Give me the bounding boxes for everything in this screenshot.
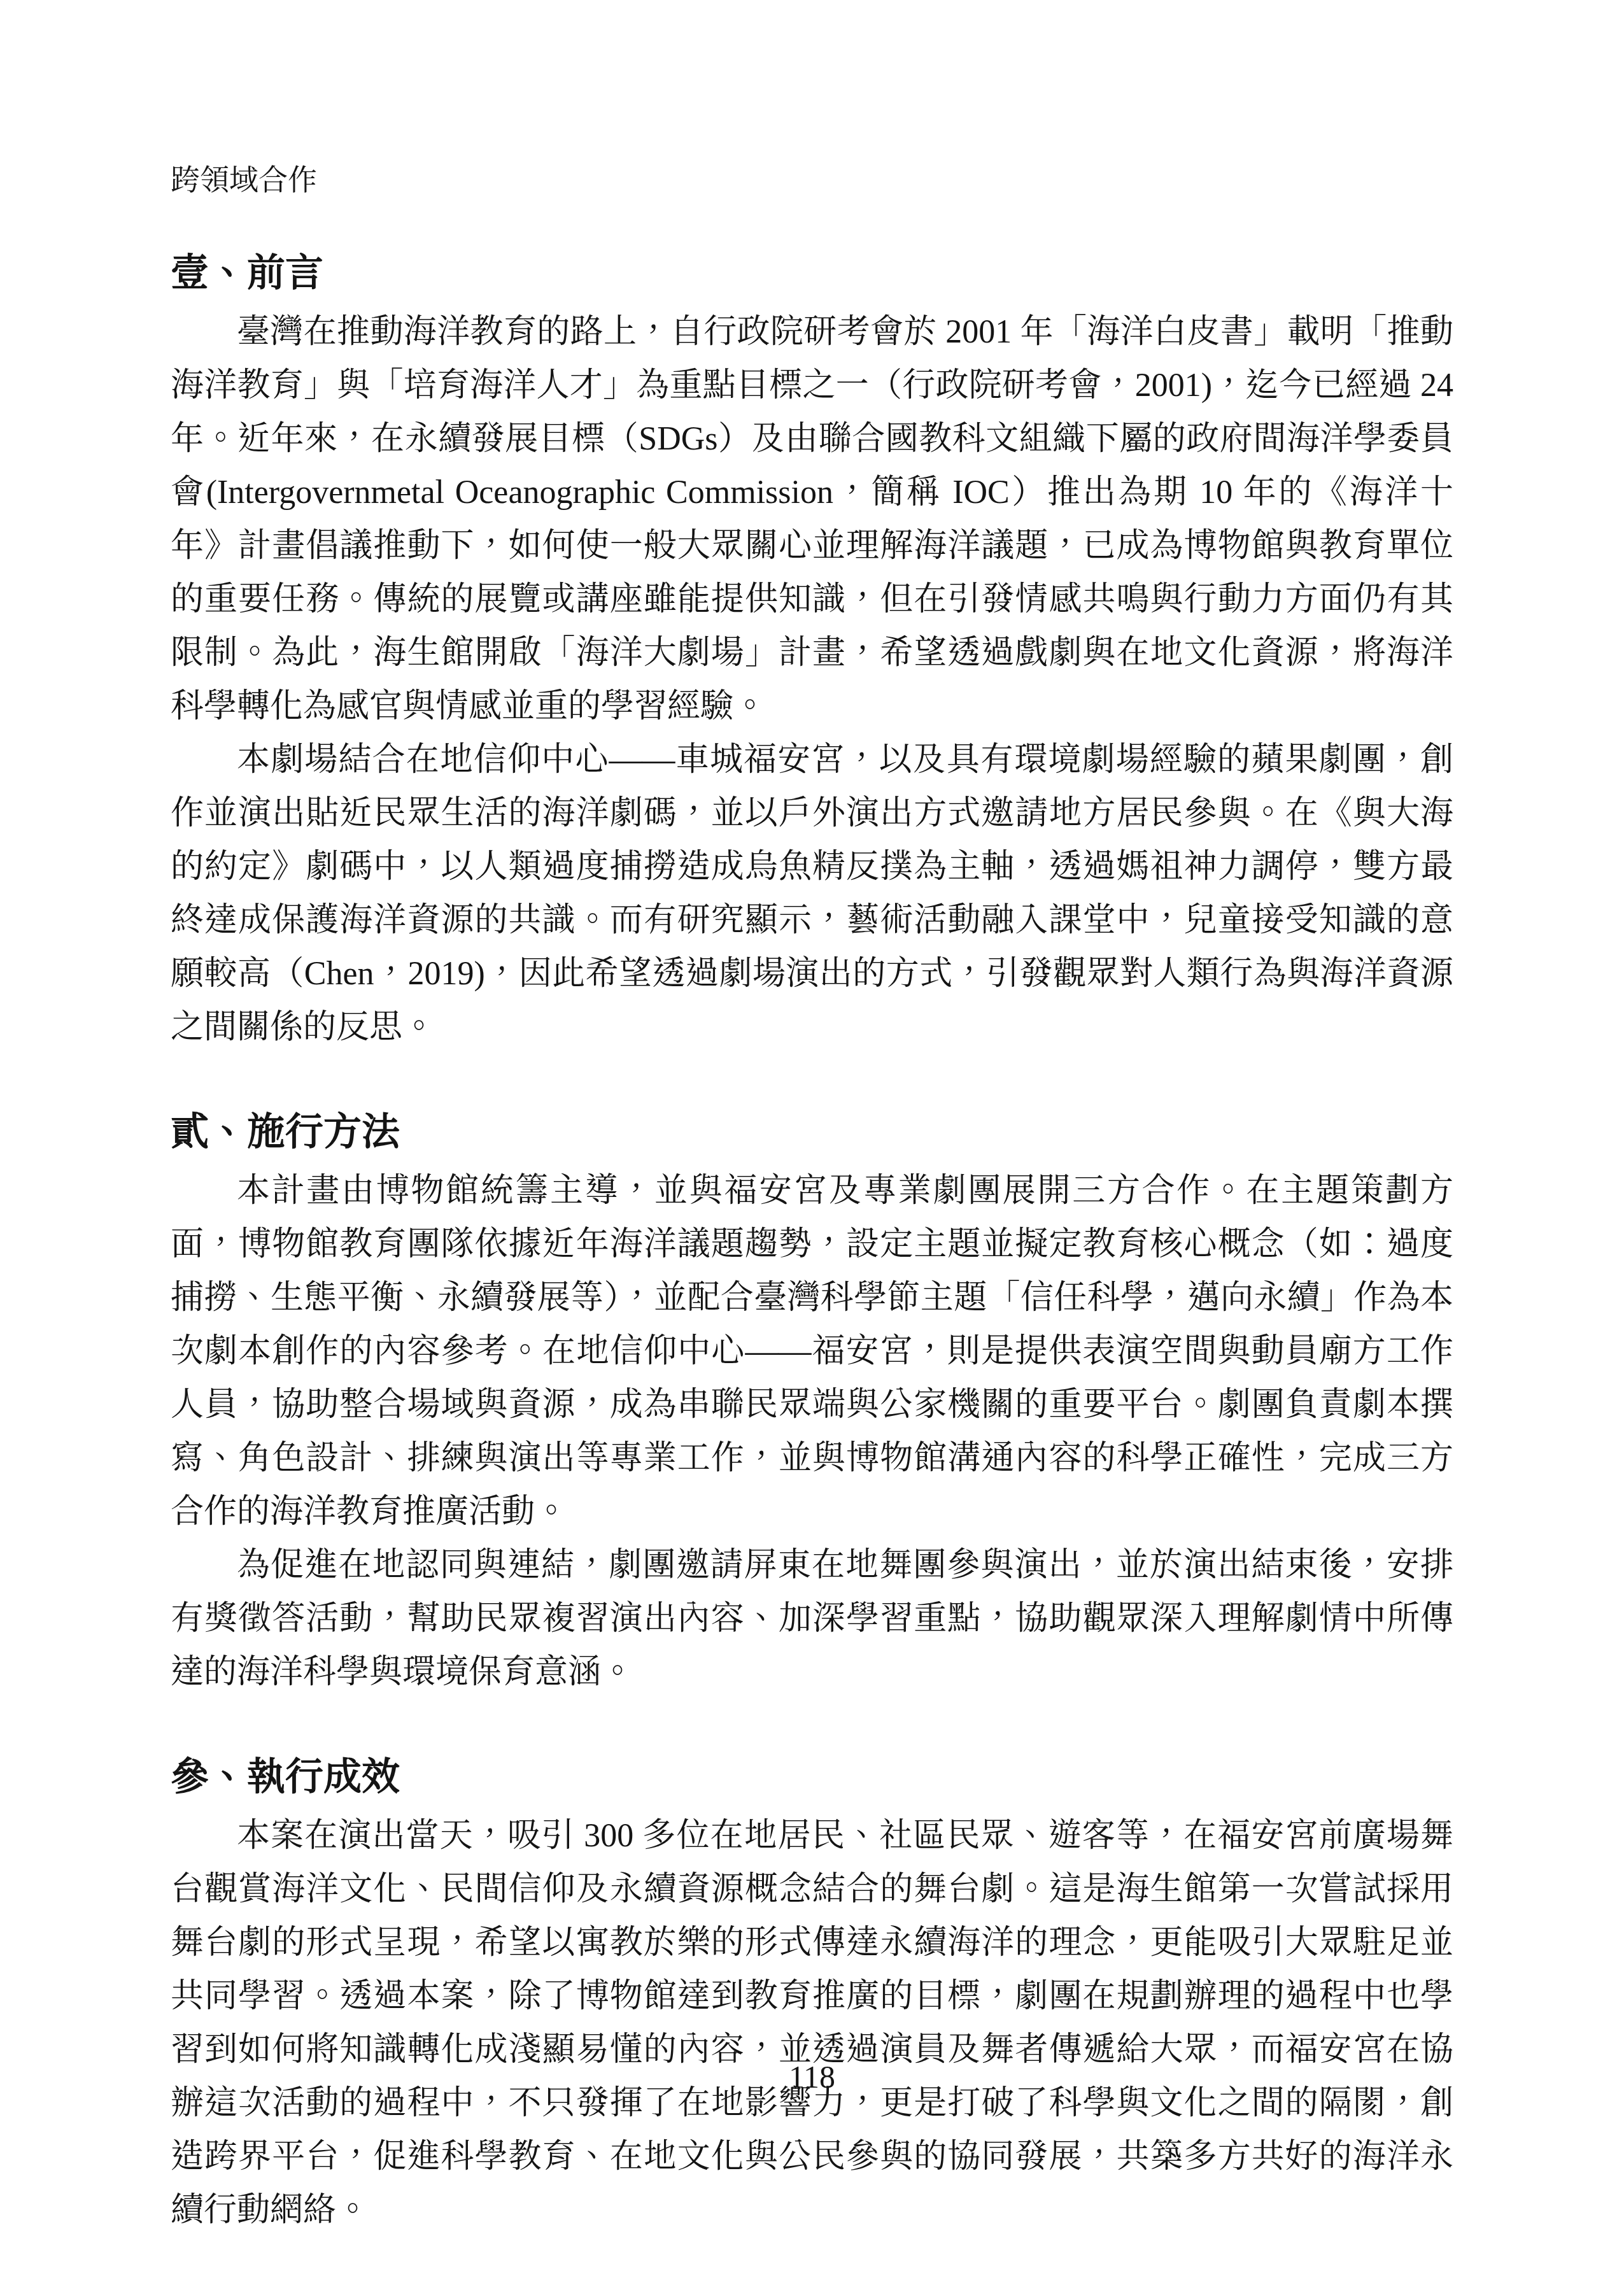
page-content: 跨領域合作 壹、前言 臺灣在推動海洋教育的路上，自行政院研考會於 2001 年「… <box>0 0 1624 2237</box>
running-header: 跨領域合作 <box>171 164 1453 197</box>
section-introduction: 壹、前言 臺灣在推動海洋教育的路上，自行政院研考會於 2001 年「海洋白皮書」… <box>171 251 1453 1054</box>
paragraph: 臺灣在推動海洋教育的路上，自行政院研考會於 2001 年「海洋白皮書」載明「推動… <box>171 306 1453 733</box>
document-page: 跨領域合作 壹、前言 臺灣在推動海洋教育的路上，自行政院研考會於 2001 年「… <box>0 0 1624 2278</box>
paragraph: 本計畫由博物館統籌主導，並與福安宮及專業劇團展開三方合作。在主題策劃方面，博物館… <box>171 1164 1453 1539</box>
paragraph: 本案在演出當天，吸引 300 多位在地居民、社區民眾、遊客等，在福安宮前廣場舞台… <box>171 1809 1453 2237</box>
paragraph: 本劇場結合在地信仰中心——車城福安宮，以及具有環境劇場經驗的蘋果劇團，創作並演出… <box>171 733 1453 1054</box>
paragraph: 為促進在地認同與連結，劇團邀請屏東在地舞團參與演出，並於演出結束後，安排有獎徵答… <box>171 1539 1453 1699</box>
section-heading-methods: 貳、施行方法 <box>171 1110 1453 1154</box>
section-methods: 貳、施行方法 本計畫由博物館統籌主導，並與福安宮及專業劇團展開三方合作。在主題策… <box>171 1110 1453 1699</box>
section-heading-results: 參、執行成效 <box>171 1755 1453 1799</box>
section-heading-introduction: 壹、前言 <box>171 251 1453 295</box>
page-number: 118 <box>0 2058 1624 2096</box>
section-results: 參、執行成效 本案在演出當天，吸引 300 多位在地居民、社區民眾、遊客等，在福… <box>171 1755 1453 2237</box>
